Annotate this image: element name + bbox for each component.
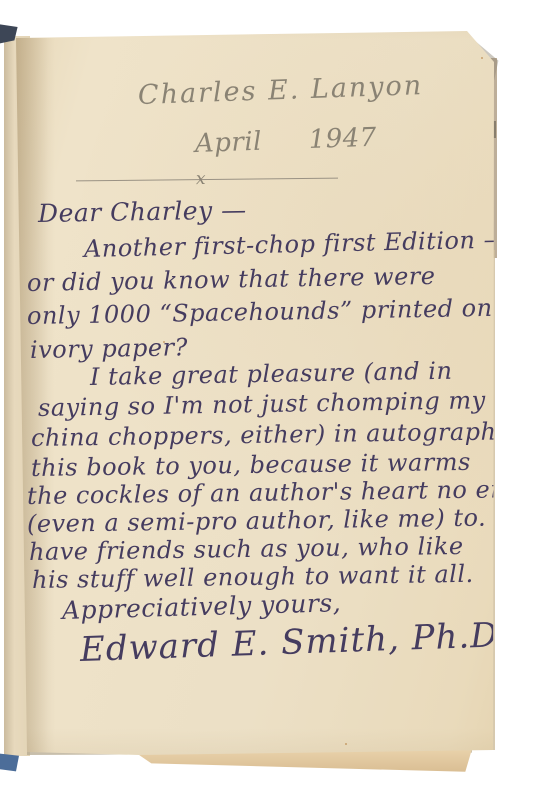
- inscription-line: I take great pleasure (and in: [90, 357, 453, 391]
- inscription-line: his stuff well enough to want it all.: [32, 560, 474, 594]
- foxing-speck: [481, 57, 483, 59]
- pencil-divider-line: x: [76, 178, 338, 182]
- inscription-line: saying so I'm not just chomping my: [38, 386, 486, 422]
- foxing-speck: [345, 743, 347, 745]
- book-photo: Charles E. Lanyon April 1947 x Dear Char…: [0, 0, 537, 800]
- date-line: April 1947: [194, 123, 377, 159]
- inscription-line: ivory paper?: [30, 333, 188, 364]
- inscription-line: Another first-chop first Edition —: [84, 225, 509, 263]
- inscription-line: only 1000 “Spacehounds” printed on: [27, 294, 493, 330]
- book-page: Charles E. Lanyon April 1947 x Dear Char…: [0, 0, 537, 800]
- divider-x-mark: x: [196, 169, 206, 189]
- inscription-line: china choppers, either) in autographing: [31, 417, 537, 452]
- inscription-line: Dear Charley —: [38, 195, 247, 228]
- signature-line: Edward E. Smith, Ph.D.: [79, 615, 509, 670]
- owner-name-line: Charles E. Lanyon: [137, 70, 423, 111]
- inscription-line: or did you know that there were: [27, 262, 436, 297]
- inscription-line: Appreciatively yours,: [62, 588, 342, 625]
